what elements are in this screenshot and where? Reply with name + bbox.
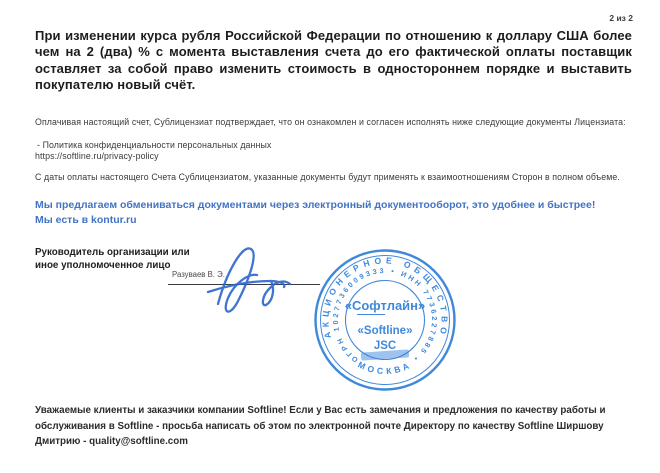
edo-offer-line2: Мы есть в kontur.ru (35, 213, 615, 228)
signature-stroke-loop (218, 248, 257, 311)
edo-offer-line1: Мы предлагаем обмениваться документами ч… (35, 198, 615, 213)
handwritten-signature (198, 240, 306, 322)
stamp-name-en: «Softline» (358, 325, 413, 337)
page-number: 2 из 2 (609, 13, 633, 23)
stamp-org-type-en: JSC (374, 340, 396, 352)
terms-intro-text: Оплачивая настоящий счет, Сублицензиат п… (35, 117, 640, 127)
signer-role-label: Руководитель организации или иное уполно… (35, 246, 199, 272)
privacy-policy-link[interactable]: https://softline.ru/privacy-policy (35, 151, 435, 161)
stamp-ink-smudge (361, 349, 409, 360)
company-round-stamp: АКЦИОНЕРНОЕ ОБЩЕСТВО ОГРН 1027736009333 … (312, 247, 458, 393)
privacy-policy-item: - Политика конфиденциальности персональн… (37, 140, 537, 150)
document-page: 2 из 2 При изменении курса рубля Российс… (0, 0, 660, 473)
stamp-city-arc: МОСКВА (356, 359, 413, 376)
terms-effect-text: С даты оплаты настоящего Счета Сублиценз… (35, 172, 640, 182)
currency-notice-paragraph: При изменении курса рубля Российской Фед… (35, 28, 632, 94)
signature-stroke-tail (263, 281, 290, 305)
quality-feedback-note: Уважаемые клиенты и заказчики компании S… (35, 403, 651, 450)
edo-offer-text: Мы предлагаем обмениваться документами ч… (35, 198, 615, 227)
stamp-name-ru: «Софтлайн» (345, 298, 426, 313)
stamp-city-text: МОСКВА (356, 359, 413, 376)
